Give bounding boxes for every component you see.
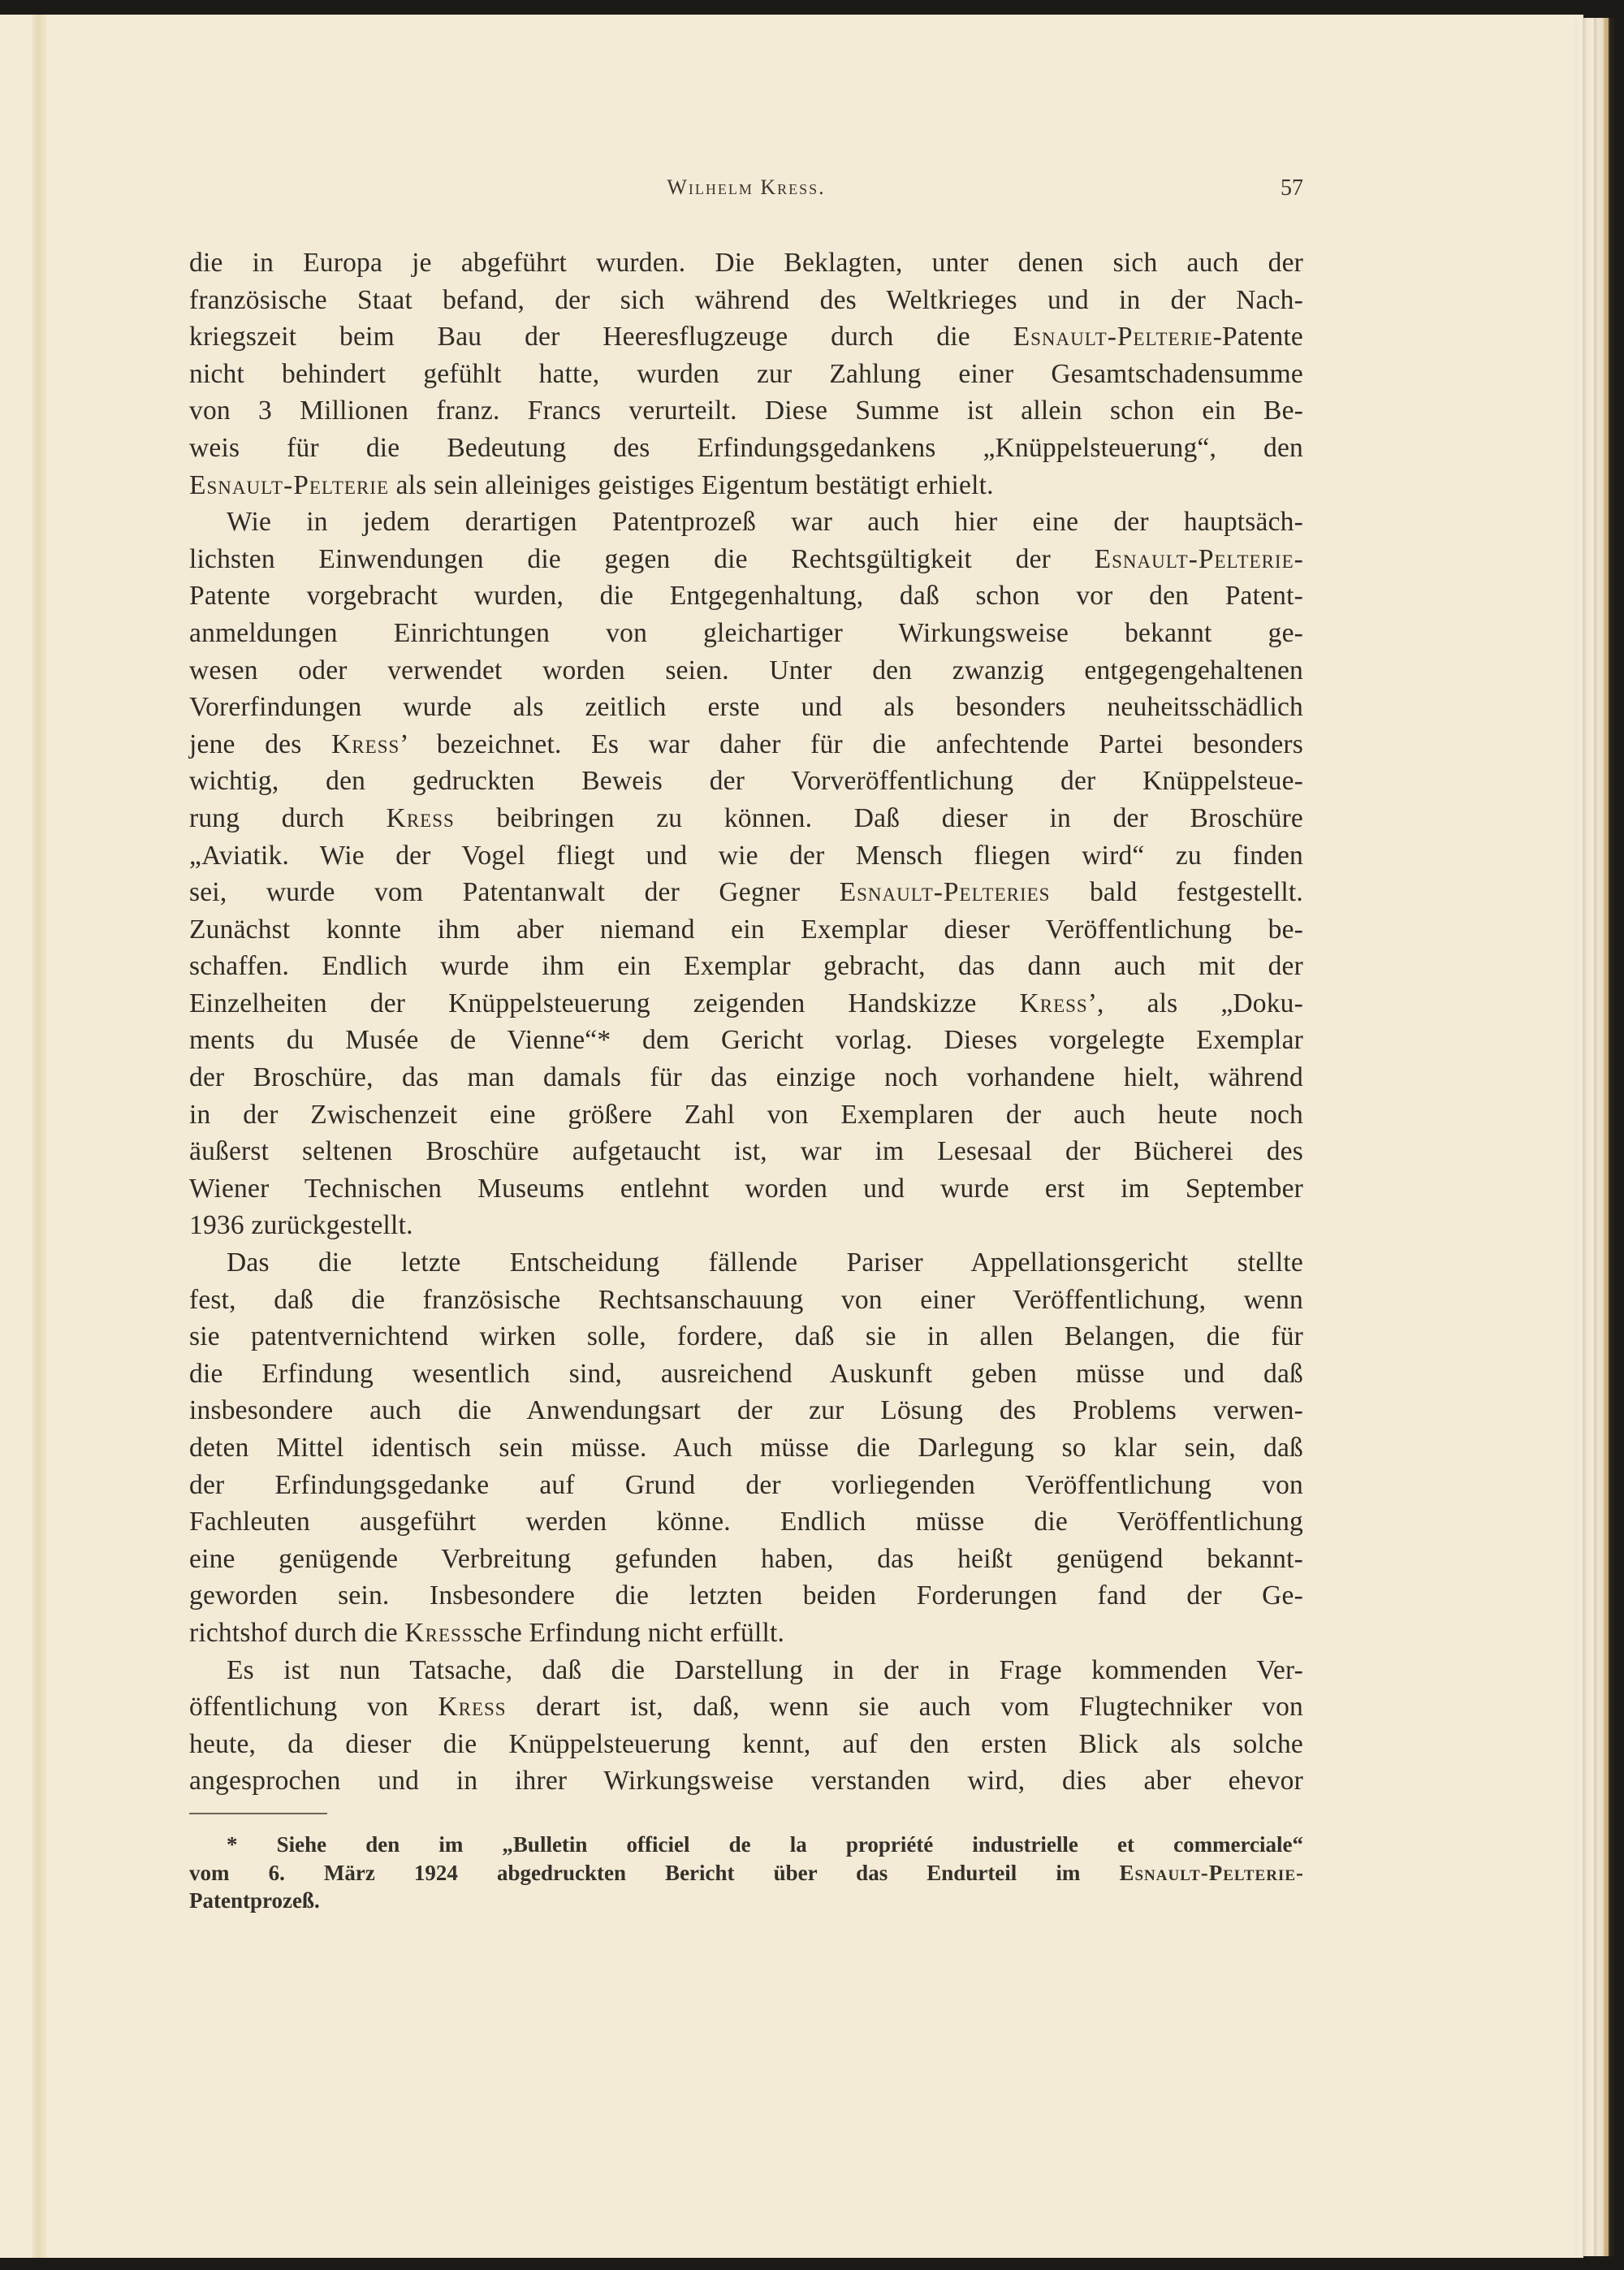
text-span: bald festgestellt. bbox=[1050, 877, 1303, 907]
text-line: französische Staat befand, der sich währ… bbox=[189, 282, 1303, 319]
page-number: 57 bbox=[1281, 175, 1303, 201]
text-line: sei, wurde vom Patentanwalt der Gegner E… bbox=[189, 874, 1303, 911]
text-line: die Erfindung wesentlich sind, ausreiche… bbox=[189, 1356, 1303, 1393]
small-caps-name: Kress bbox=[331, 729, 400, 759]
text-span: lichsten Einwendungen die gegen die Rech… bbox=[189, 544, 1095, 574]
text-span: jene des bbox=[189, 729, 331, 759]
text-line: wichtig, den gedruckten Beweis der Vorve… bbox=[189, 763, 1303, 800]
text-span: sei, wurde vom Patentanwalt der Gegner bbox=[189, 877, 840, 907]
text-line: sie patentvernichtend wirken solle, ford… bbox=[189, 1318, 1303, 1356]
text-line: Patente vorgebracht wurden, die Entgegen… bbox=[189, 577, 1303, 615]
text-line: der Broschüre, das man damals für das ei… bbox=[189, 1059, 1303, 1096]
text-line: äußerst seltenen Broschüre aufgetaucht i… bbox=[189, 1133, 1303, 1170]
text-span: kriegszeit beim Bau der Heeresflugzeuge … bbox=[189, 322, 1013, 352]
footnote-line: * Siehe den im „Bulletin officiel de la … bbox=[189, 1831, 1303, 1859]
text-line: geworden sein. Insbesondere die letzten … bbox=[189, 1577, 1303, 1615]
small-caps-name: Kress bbox=[404, 1618, 473, 1648]
text-line: nicht behindert gefühlt hatte, wurden zu… bbox=[189, 356, 1303, 393]
text-span: derart ist, daß, wenn sie auch vom Flugt… bbox=[507, 1692, 1303, 1722]
text-line: ments du Musée de Vienne“* dem Gericht v… bbox=[189, 1022, 1303, 1059]
text-line: Es ist nun Tatsache, daß die Darstellung… bbox=[189, 1652, 1303, 1689]
page-gutter-fold bbox=[32, 15, 47, 2258]
text-line: Einzelheiten der Knüppelsteuerung zeigen… bbox=[189, 985, 1303, 1023]
text-line: Esnault-Pelterie als sein alleiniges gei… bbox=[189, 467, 1303, 504]
text-line: wesen oder verwendet worden seien. Unter… bbox=[189, 652, 1303, 690]
small-caps-name: Kress bbox=[387, 803, 455, 833]
text-span: sche Erfindung nicht erfüllt. bbox=[473, 1618, 785, 1648]
text-line: die in Europa je abgeführt wurden. Die B… bbox=[189, 244, 1303, 282]
text-line: jene des Kress’ bezeichnet. Es war daher… bbox=[189, 726, 1303, 763]
small-caps-name: Esnault-Pelterie bbox=[1013, 322, 1213, 352]
text-span: vom 6. März 1924 abgedruckten Bericht üb… bbox=[189, 1861, 1119, 1885]
text-line: Das die letzte Entscheidung fällende Par… bbox=[189, 1244, 1303, 1282]
text-line: fest, daß die französische Rechtsanschau… bbox=[189, 1282, 1303, 1319]
small-caps-name: Esnault-Pelteries bbox=[840, 877, 1051, 907]
text-line: richtshof durch die Kresssche Erfindung … bbox=[189, 1615, 1303, 1652]
text-line: anmeldungen Einrichtungen von gleicharti… bbox=[189, 615, 1303, 652]
text-line: Wie in jedem derartigen Patentprozeß war… bbox=[189, 504, 1303, 541]
text-span: als sein alleiniges geistiges Eigentum b… bbox=[389, 470, 994, 500]
text-span: rung durch bbox=[189, 803, 387, 833]
body-text: die in Europa je abgeführt wurden. Die B… bbox=[189, 244, 1303, 1800]
text-line: in der Zwischenzeit eine größere Zahl vo… bbox=[189, 1096, 1303, 1134]
page-edge-stack bbox=[1575, 18, 1616, 2256]
text-line: rung durch Kress beibringen zu können. D… bbox=[189, 800, 1303, 837]
running-header: Wilhelm Kress. 57 bbox=[189, 175, 1303, 205]
small-caps-name: Kress bbox=[438, 1692, 506, 1722]
text-line: weis für die Bedeutung des Erfindungsged… bbox=[189, 430, 1303, 467]
text-line: kriegszeit beim Bau der Heeresflugzeuge … bbox=[189, 318, 1303, 356]
text-span: Einzelheiten der Knüppelsteuerung zeigen… bbox=[189, 988, 1020, 1018]
text-span: richtshof durch die bbox=[189, 1618, 404, 1648]
footnote: * Siehe den im „Bulletin officiel de la … bbox=[189, 1831, 1303, 1915]
text-line: 1936 zurückgestellt. bbox=[189, 1207, 1303, 1244]
text-span: beibringen zu können. Daß dieser in der … bbox=[455, 803, 1303, 833]
small-caps-name: Esnault-Pelterie bbox=[1095, 544, 1294, 574]
text-span: - bbox=[1296, 1861, 1303, 1885]
text-line: angesprochen und in ihrer Wirkungsweise … bbox=[189, 1762, 1303, 1800]
text-line: Fachleuten ausgeführt werden könne. Endl… bbox=[189, 1503, 1303, 1541]
text-line: eine genügende Verbreitung gefunden habe… bbox=[189, 1541, 1303, 1578]
text-span: -Patente bbox=[1213, 322, 1303, 352]
footnote-divider bbox=[189, 1813, 327, 1814]
small-caps-name: Esnault-Pelterie bbox=[1119, 1861, 1296, 1885]
text-line: von 3 Millionen franz. Francs verurteilt… bbox=[189, 392, 1303, 430]
small-caps-name: Esnault-Pelterie bbox=[189, 470, 389, 500]
text-line: Wiener Technischen Museums entlehnt word… bbox=[189, 1170, 1303, 1208]
text-span: ’ bezeichnet. Es war daher für die anfec… bbox=[400, 729, 1303, 759]
footnote-line: vom 6. März 1924 abgedruckten Bericht üb… bbox=[189, 1859, 1303, 1887]
text-span: ’, als „Doku- bbox=[1088, 988, 1303, 1018]
text-line: öffentlichung von Kress derart ist, daß,… bbox=[189, 1688, 1303, 1726]
footnote-line: Patentprozeß. bbox=[189, 1887, 1303, 1915]
text-line: „Aviatik. Wie der Vogel fliegt und wie d… bbox=[189, 837, 1303, 875]
running-title: Wilhelm Kress. bbox=[189, 175, 1303, 200]
text-line: schaffen. Endlich wurde ihm ein Exemplar… bbox=[189, 948, 1303, 985]
text-line: Zunächst konnte ihm aber niemand ein Exe… bbox=[189, 911, 1303, 949]
text-line: insbesondere auch die Anwendungsart der … bbox=[189, 1392, 1303, 1429]
text-line: der Erfindungsgedanke auf Grund der vorl… bbox=[189, 1467, 1303, 1504]
text-span: - bbox=[1294, 544, 1303, 574]
text-line: heute, da dieser die Knüppelsteuerung ke… bbox=[189, 1726, 1303, 1763]
text-line: Vorerfindungen wurde als zeitlich erste … bbox=[189, 689, 1303, 726]
text-span: öffentlichung von bbox=[189, 1692, 438, 1722]
small-caps-name: Kress bbox=[1020, 988, 1088, 1018]
text-line: lichsten Einwendungen die gegen die Rech… bbox=[189, 541, 1303, 578]
text-line: deten Mittel identisch sein müsse. Auch … bbox=[189, 1429, 1303, 1467]
